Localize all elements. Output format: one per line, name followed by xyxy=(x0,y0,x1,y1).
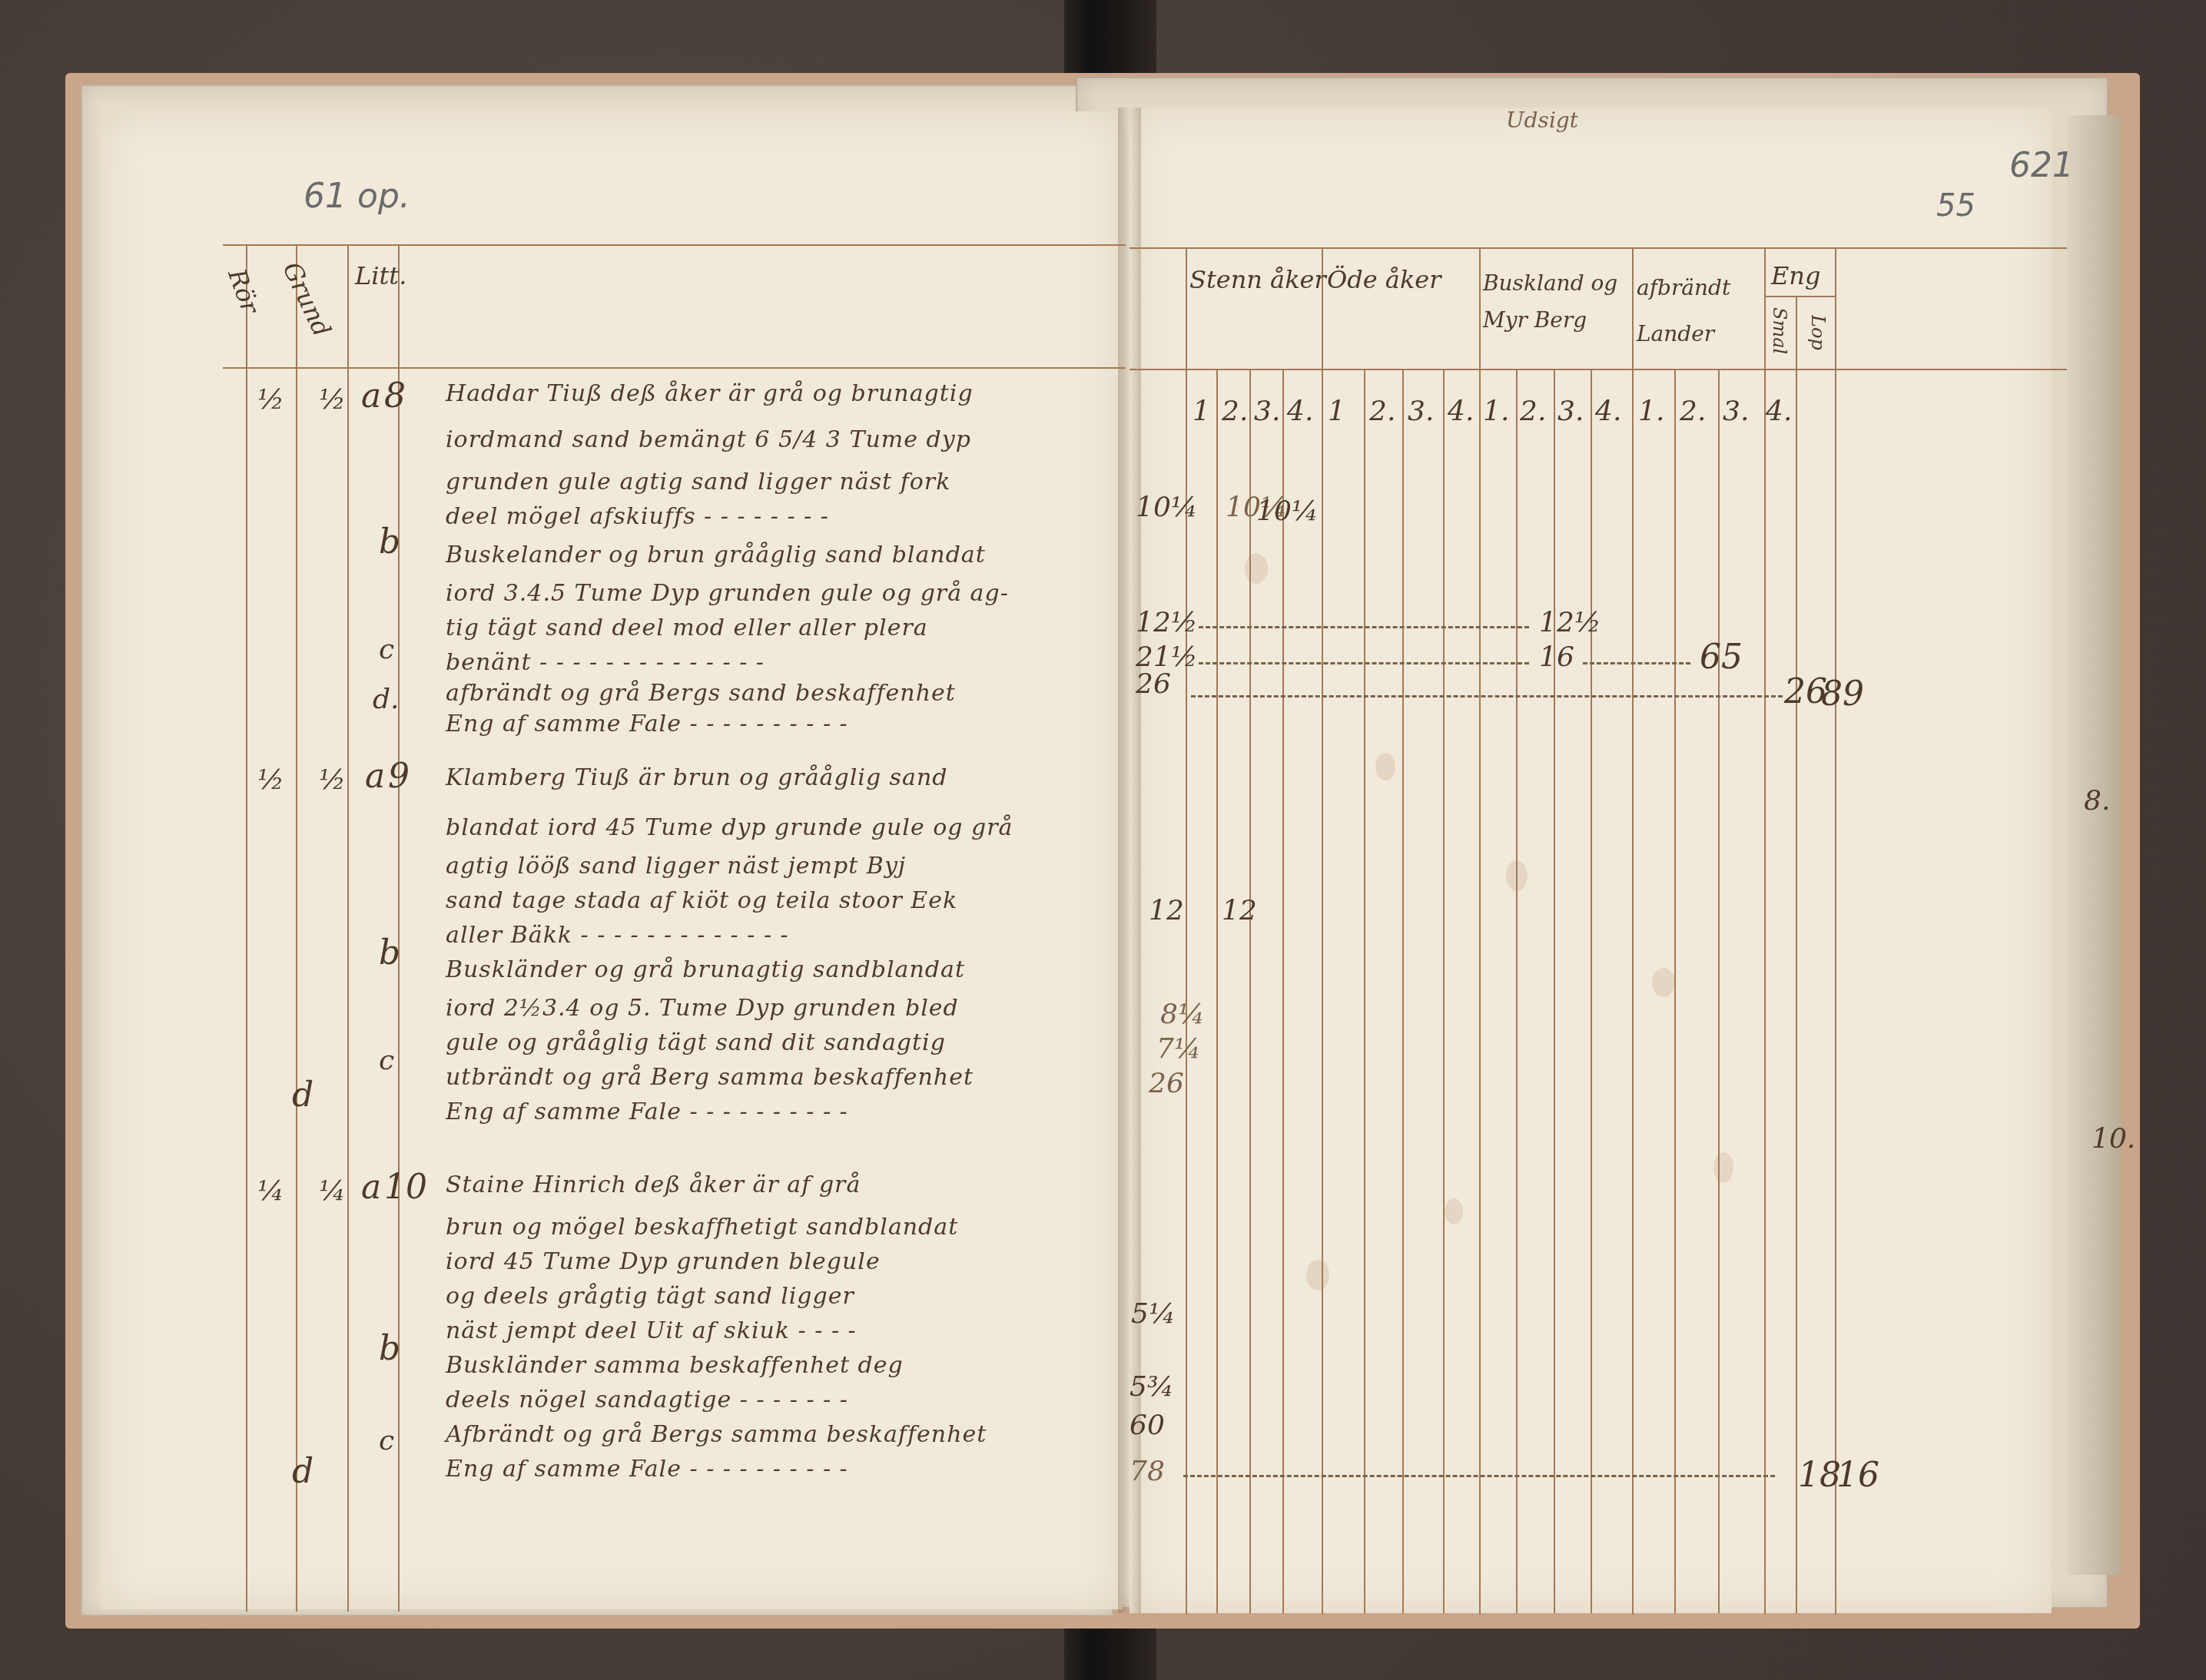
header-top-rule xyxy=(223,244,1126,246)
row-total: 7¼ xyxy=(1156,1033,1201,1065)
ink-stain xyxy=(1445,1198,1463,1224)
pencil-folio-55: 55 xyxy=(1936,188,1975,224)
column-rule xyxy=(246,244,247,1612)
row-total: 60 xyxy=(1130,1410,1165,1441)
column-rule xyxy=(1674,369,1676,1613)
subcol-num: 4. xyxy=(1595,396,1621,427)
sub-label-d: d. xyxy=(373,684,400,715)
sub-label-d: d xyxy=(292,1075,313,1115)
row-total: 5¾ xyxy=(1130,1371,1174,1403)
column-rule xyxy=(1516,369,1518,1613)
column-header-litt: Litt. xyxy=(355,261,406,290)
entry-line: grunden gule agtig sand ligger näst fork xyxy=(446,469,950,495)
entry-number: 10 xyxy=(384,1168,427,1207)
cell-value: 16 xyxy=(1836,1456,1879,1495)
header-top-rule xyxy=(1130,247,2067,249)
entry-line: Buskländer samma beskaffenhet deg xyxy=(446,1352,904,1379)
entry-line: deel mögel afskiuffs - - - - - - - - xyxy=(446,503,829,530)
header-bottom-rule xyxy=(223,367,1126,369)
subcol-num: 1 xyxy=(1328,396,1345,427)
entry-line: Eng af samme Fale - - - - - - - - - - xyxy=(446,1098,848,1125)
sub-label-b: b xyxy=(379,933,400,973)
subcol-num: 4. xyxy=(1287,396,1313,427)
column-rule xyxy=(1796,296,1797,1613)
column-rule xyxy=(1479,247,1481,1615)
row-total: 26 xyxy=(1136,668,1171,700)
entry-line: Eng af samme Fale - - - - - - - - - - xyxy=(446,1456,848,1483)
subcol-num: 2. xyxy=(1369,396,1395,427)
cell-value: 12 xyxy=(1222,895,1257,926)
col-group-ode-aker: Öde åker xyxy=(1327,265,1441,294)
column-rule xyxy=(1443,369,1445,1613)
column-rule xyxy=(1591,369,1592,1613)
subcol-num: 4. xyxy=(1766,396,1792,427)
entry-line: Afbrändt og grå Bergs samma beskaffenhet xyxy=(446,1421,987,1448)
cell-value: 65 xyxy=(1700,638,1743,677)
margin-mark-10: 10. xyxy=(2092,1123,2135,1155)
entry-line: brun og mögel beskaffhetigt sandblandat xyxy=(446,1214,958,1241)
ink-stain xyxy=(1506,860,1528,891)
fraction-2: ¼ xyxy=(319,1175,346,1207)
subcol-num: 1. xyxy=(1483,396,1509,427)
dash-leader xyxy=(1191,695,1783,698)
cell-value: 89 xyxy=(1821,674,1864,714)
fraction-1: ¼ xyxy=(257,1175,284,1207)
sub-label-b: b xyxy=(379,522,400,562)
sub-label-d: d xyxy=(292,1452,313,1491)
dash-leader xyxy=(1583,662,1690,664)
fraction-1: ½ xyxy=(257,764,284,796)
subcol-num: 2. xyxy=(1222,396,1248,427)
column-rule xyxy=(1718,369,1720,1613)
column-rule xyxy=(1282,369,1284,1613)
entry-line: aller Bäkk - - - - - - - - - - - - - xyxy=(446,922,789,949)
sub-label-c: c xyxy=(379,1045,394,1076)
column-rule xyxy=(296,244,297,1612)
entry-line: deels nögel sandagtige - - - - - - - xyxy=(446,1387,848,1413)
row-total: 12 xyxy=(1149,895,1184,926)
litt-letter: a xyxy=(361,1168,381,1207)
eng-sub-lop: Lop xyxy=(1807,315,1829,350)
entry-line: iord 3.4.5 Tume Dyp grunden gule og grå … xyxy=(446,580,1009,607)
entry-line: blandat iord 45 Tume dyp grunde gule og … xyxy=(446,814,1013,841)
entry-line: afbrändt og grå Bergs sand beskaffenhet xyxy=(446,680,956,707)
fraction-2: ½ xyxy=(319,764,346,796)
pencil-folio-621: 621 xyxy=(2009,146,2074,185)
ink-stain xyxy=(1306,1260,1329,1291)
entry-line: Eng af samme Fale - - - - - - - - - - xyxy=(446,711,848,737)
entry-line: iordmand sand bemängt 6 5/4 3 Tume dyp xyxy=(446,426,971,453)
col-group-afbrandt: afbrändt Lander xyxy=(1637,265,1760,357)
entry-line: agtig lööß sand ligger näst jempt Byj xyxy=(446,853,906,880)
entry-number: 9 xyxy=(388,757,410,796)
subcol-num: 3. xyxy=(1723,396,1749,427)
column-rule xyxy=(1632,247,1634,1615)
entry-line: og deels grågtig tägt sand ligger xyxy=(446,1283,854,1310)
entry-line: Buskländer og grå brunagtig sandblandat xyxy=(446,956,965,983)
entry-line: Buskelander og brun grååglig sand blanda… xyxy=(446,542,986,568)
right-page-edge xyxy=(2067,115,2121,1575)
sub-label-c: c xyxy=(379,1425,394,1456)
entry-line: Haddar Tiuß deß åker är grå og brunagtig xyxy=(446,380,974,407)
subcol-num: 1. xyxy=(1638,396,1664,427)
col-group-buskland: Buskland og Myr Berg xyxy=(1483,265,1629,339)
cell-value: 10¼ xyxy=(1256,495,1319,527)
subcol-num: 3. xyxy=(1254,396,1280,427)
header-bottom-rule xyxy=(1130,369,2067,370)
margin-mark-8: 8. xyxy=(2084,785,2110,817)
column-rule xyxy=(1402,369,1404,1613)
col-group-eng: Eng xyxy=(1771,261,1820,290)
entry-line: tig tägt sand deel mod eller aller plera xyxy=(446,615,928,641)
entry-line: iord 2½3.4 og 5. Tume Dyp grunden bled xyxy=(446,995,959,1022)
column-rule xyxy=(1835,247,1836,1615)
top-faint-text: Udsigt xyxy=(1506,108,1578,133)
row-total: 12½ xyxy=(1136,607,1198,638)
entry-line: Staine Hinrich deß åker är af grå xyxy=(446,1171,861,1198)
entry-line: utbrändt og grå Berg samma beskaffenhet xyxy=(446,1064,974,1091)
column-rule xyxy=(1322,247,1323,1615)
litt-letter: a xyxy=(365,757,385,796)
sub-label-b: b xyxy=(379,1329,400,1368)
dash-leader xyxy=(1183,1475,1775,1477)
entry-number: 8 xyxy=(384,376,406,416)
row-total: 5¼ xyxy=(1131,1298,1176,1330)
entry-line: sand tage stada af kiöt og teila stoor E… xyxy=(446,887,957,914)
entry-line: näst jempt deel Uit af skiuk - - - - xyxy=(446,1317,857,1344)
row-total: 26 xyxy=(1149,1068,1184,1099)
cell-value: 12½ xyxy=(1539,607,1601,638)
entry-line: iord 45 Tume Dyp grunden blegule xyxy=(446,1248,881,1275)
fraction-1: ½ xyxy=(257,384,284,416)
row-total: 78 xyxy=(1130,1456,1165,1487)
column-rule xyxy=(1186,247,1187,1615)
column-rule xyxy=(347,244,349,1612)
pencil-folio-mark: 61 op. xyxy=(304,177,410,216)
entry-line: benänt - - - - - - - - - - - - - - xyxy=(446,649,765,676)
ink-stain xyxy=(1652,968,1675,997)
column-rule xyxy=(398,244,400,1612)
subcol-num: 4. xyxy=(1448,396,1474,427)
column-rule xyxy=(1764,247,1766,1615)
subcol-num: 2. xyxy=(1520,396,1546,427)
entry-line: gule og grååglig tägt sand dit sandagtig xyxy=(446,1029,946,1056)
subcol-num: 2. xyxy=(1680,396,1706,427)
fraction-2: ½ xyxy=(319,384,346,416)
entry-line: Klamberg Tiuß är brun og grååglig sand xyxy=(446,764,947,791)
dash-leader xyxy=(1199,662,1529,664)
column-rule xyxy=(1216,369,1218,1613)
litt-letter: a xyxy=(361,376,381,416)
sub-label-c: c xyxy=(379,634,394,665)
dash-leader xyxy=(1199,626,1529,628)
cell-value: 16 xyxy=(1539,641,1574,673)
subcol-num: 1 xyxy=(1193,396,1210,427)
row-total: 10¼ xyxy=(1136,492,1198,523)
ink-stain xyxy=(1713,1152,1733,1183)
subcol-num: 3. xyxy=(1557,396,1584,427)
column-rule xyxy=(1554,369,1555,1613)
eng-sub-rule xyxy=(1764,296,1835,297)
column-rule xyxy=(1364,369,1365,1613)
col-group-stenn-aker: Stenn åker xyxy=(1189,265,1326,294)
subcol-num: 3. xyxy=(1408,396,1434,427)
eng-sub-smal: Smal xyxy=(1769,307,1790,354)
ink-stain xyxy=(1375,753,1395,780)
cell-value: 18 xyxy=(1798,1456,1841,1495)
ink-stain xyxy=(1245,553,1268,584)
row-total: 8¼ xyxy=(1160,999,1205,1030)
